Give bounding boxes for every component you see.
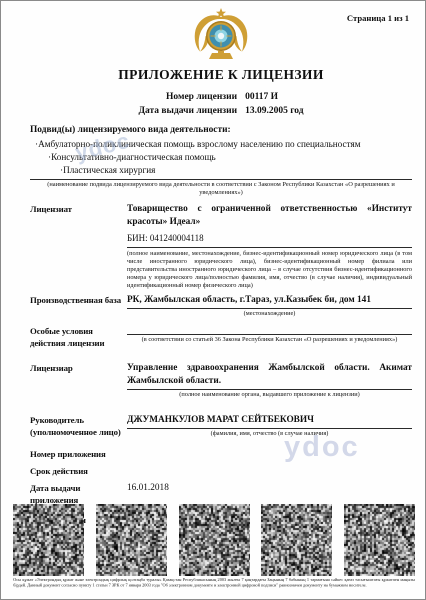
footer: Осы құжат «Электрондық құжат және электр… (13, 578, 415, 594)
head-name: ДЖУМАНКУЛОВ МАРАТ СЕЙТБЕКОВИЧ (127, 414, 412, 427)
licensee-row: Лицензиат Товарищество с ограниченной от… (30, 203, 412, 290)
licensee-name: Товарищество с ограниченной ответственно… (127, 203, 412, 229)
production-base-caption: (местонахождение) (127, 308, 412, 318)
kazakhstan-coat-of-arms-icon (192, 8, 250, 64)
signature-barcode (96, 504, 167, 576)
head-value-block: ДЖУМАНКУЛОВ МАРАТ СЕЙТБЕКОВИЧ (фамилия, … (127, 414, 412, 438)
appendix-date-label: Дата выдачи приложения (30, 482, 127, 506)
licensor-name: Управление здравоохранения Жамбылской об… (127, 362, 412, 388)
license-appendix-page: Страница 1 из 1 ПРИЛОЖЕНИЕ К ЛИЦЕНЗИИ Но… (0, 0, 426, 600)
validity-label: Срок действия (30, 465, 127, 477)
licensee-bin: БИН: 041240004118 (127, 232, 412, 245)
special-conditions-label: Особые условия действия лицензии (30, 325, 127, 349)
signature-barcode (344, 504, 415, 576)
special-conditions-caption: (в соответствии со статьей 36 Закона Рес… (127, 334, 412, 344)
subtype-item: Пластическая хирургия (60, 164, 412, 177)
production-base-row: Производственная база РК, Жамбылская обл… (30, 294, 412, 318)
signature-barcode (13, 504, 84, 576)
document-header: Страница 1 из 1 (30, 1, 412, 63)
production-base-value-block: РК, Жамбылская область, г.Тараз, ул.Казы… (127, 294, 412, 318)
subtypes-caption: (наименование подвида лицензируемого вид… (30, 179, 412, 196)
licensee-label: Лицензиат (30, 203, 127, 215)
production-base-address: РК, Жамбылская область, г.Тараз, ул.Казы… (127, 294, 412, 307)
appendix-date-value: 16.01.2018 (127, 482, 412, 495)
licensor-caption: (полное наименование органа, выдавшего п… (127, 389, 412, 399)
head-caption: (фамилия, имя, отчество (в случае наличи… (127, 428, 412, 438)
page-indicator: Страница 1 из 1 (347, 13, 409, 23)
production-base-label: Производственная база (30, 294, 127, 306)
signature-stamp-row (13, 504, 415, 576)
legal-equivalence-note: Осы құжат «Электрондық құжат және электр… (13, 578, 415, 589)
license-meta: Номер лицензии 00117 И Дата выдачи лицен… (138, 92, 303, 116)
license-number-value: 00117 И (245, 92, 303, 102)
subtypes-heading: Подвид(ы) лицензируемого вида деятельнос… (30, 125, 412, 135)
licensee-value-block: Товарищество с ограниченной ответственно… (127, 203, 412, 290)
head-label: Руководитель (уполномоченное лицо) (30, 414, 127, 438)
head-row: Руководитель (уполномоченное лицо) ДЖУМА… (30, 414, 412, 438)
subtype-item: Консультативно-диагностическая помощь (48, 151, 412, 164)
validity-row: Срок действия (30, 465, 412, 477)
signature-barcode (261, 504, 332, 576)
signature-barcode (179, 504, 250, 576)
licensor-value-block: Управление здравоохранения Жамбылской об… (127, 362, 412, 399)
licensee-caption: (полное наименование, местонахождение, б… (127, 247, 412, 290)
appendix-number-row: Номер приложения (30, 448, 412, 460)
special-conditions-blank (127, 325, 412, 333)
special-conditions-value-block: (в соответствии со статьей 36 Закона Рес… (127, 325, 412, 344)
license-date-label: Дата выдачи лицензии (138, 106, 237, 116)
subtype-item: Амбулаторно-поликлиническая помощь взрос… (35, 138, 412, 151)
special-conditions-row: Особые условия действия лицензии (в соот… (30, 325, 412, 349)
license-date-value: 13.09.2005 год (245, 106, 303, 116)
document-title: ПРИЛОЖЕНИЕ К ЛИЦЕНЗИИ (30, 67, 412, 83)
licensor-label: Лицензиар (30, 362, 127, 374)
appendix-number-label: Номер приложения (30, 448, 127, 460)
appendix-date-row: Дата выдачи приложения 16.01.2018 (30, 482, 412, 506)
licensor-row: Лицензиар Управление здравоохранения Жам… (30, 362, 412, 399)
license-number-label: Номер лицензии (138, 92, 237, 102)
